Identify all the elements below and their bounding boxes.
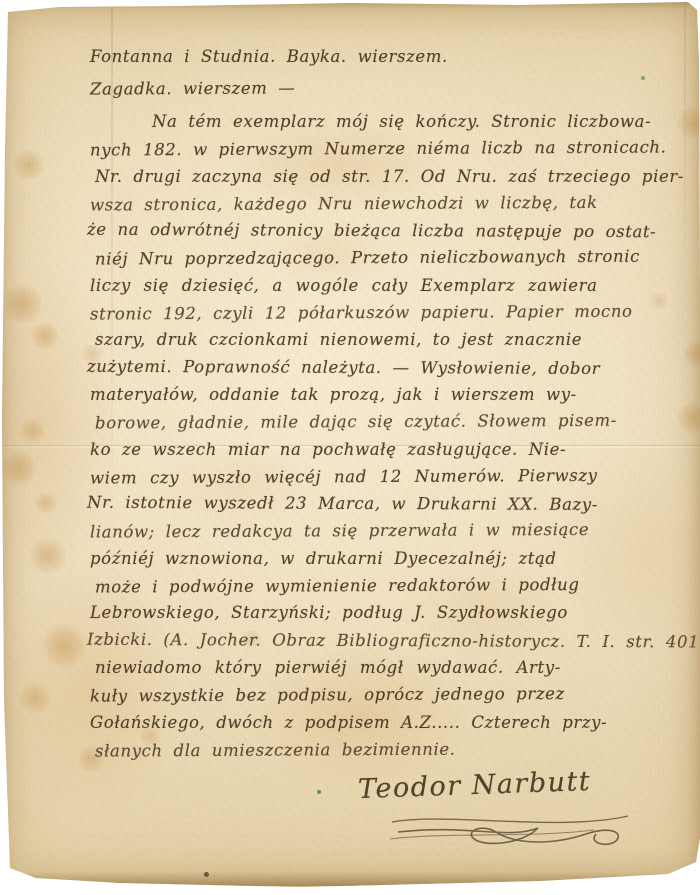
stain: [76, 746, 106, 772]
stain: [0, 284, 44, 324]
stain: [0, 260, 120, 580]
stain: [250, 640, 470, 790]
handwritten-line: niewiadomo który pierwiéj mógł wydawać. …: [95, 654, 665, 681]
handwritten-line: kuły wszystkie bez podpisu, oprócz jedne…: [90, 680, 665, 710]
handwritten-line: może i podwójne wymienienie redaktorów i…: [95, 571, 665, 601]
handwritten-line: Fontanna i Studnia. Bayka. wierszem.: [90, 42, 665, 73]
speck: [317, 790, 321, 794]
stain: [28, 538, 68, 574]
letter-body: Na tém exemplarz mój się kończy. Stronic…: [90, 108, 665, 763]
signature-flourish: [388, 808, 638, 852]
paper-top-edge: [0, 0, 700, 9]
handwritten-line: materyałów, oddanie tak prozą, jak i wie…: [90, 381, 665, 408]
stain: [40, 624, 88, 668]
stain: [12, 150, 46, 180]
stain: [648, 292, 670, 310]
paper-sheet: Fontanna i Studnia. Bayka. wierszem.Zaga…: [0, 0, 700, 895]
handwritten-line: słanych dla umieszczenia bezimiennie.: [95, 734, 665, 764]
handwritten-line: zużytemi. Poprawność należyta. — Wysłowi…: [87, 352, 665, 382]
stain: [682, 340, 700, 368]
letter-photo: Fontanna i Studnia. Bayka. wierszem.Zaga…: [0, 0, 700, 895]
stain: [260, 220, 400, 290]
handwritten-line: wsza stronica, każdego Nru niewchodzi w …: [90, 188, 665, 218]
stain: [400, 560, 570, 660]
signature: Teodor Narbutt: [358, 766, 592, 805]
letter-header: Fontanna i Studnia. Bayka. wierszem.Zaga…: [90, 42, 665, 103]
stain: [18, 682, 52, 714]
stain: [676, 402, 700, 434]
horizontal-fold-crease: [0, 445, 700, 448]
stain: [18, 418, 46, 444]
stain: [0, 450, 38, 486]
speck: [204, 872, 209, 877]
handwritten-line: Lebrowskiego, Starzyński; podług J. Szyd…: [90, 599, 665, 626]
stain: [138, 726, 162, 746]
stain: [0, 560, 180, 820]
stain: [160, 440, 320, 530]
stain: [560, 440, 700, 660]
handwritten-line: stronic 192, czyli 12 półarkuszów papier…: [90, 298, 665, 328]
handwritten-line: szary, druk czcionkami nienowemi, to jes…: [95, 326, 665, 353]
vertical-fold-crease: [111, 0, 113, 560]
handwritten-line: Gołańskiego, dwóch z podpisem A.Z..... C…: [90, 709, 665, 736]
handwritten-line: Zagadka. wierszem —: [90, 71, 665, 105]
right-edge-crease: [684, 0, 686, 300]
handwritten-line: borowe, gładnie, mile dając się czytać. …: [95, 407, 665, 437]
handwritten-line: niéj Nru poprzedzającego. Przeto nielicz…: [95, 243, 665, 273]
stain: [80, 344, 104, 364]
stain: [230, 120, 450, 210]
signature-name: Teodor Narbutt: [358, 766, 592, 805]
letter-text: Fontanna i Studnia. Bayka. wierszem.Zaga…: [90, 42, 665, 763]
handwritten-line: liczy się dziesięć, a wogóle cały Exempl…: [90, 272, 665, 299]
stain: [30, 322, 60, 350]
handwritten-line: nych 182. w pierwszym Numerze niéma licz…: [90, 134, 665, 164]
paper-bottom-edge: [0, 872, 700, 886]
handwritten-line: Izbicki. (A. Jocher. Obraz Bibliograficz…: [87, 625, 665, 655]
handwritten-line: ko ze wszech miar na pochwałę zasługując…: [90, 436, 665, 463]
handwritten-line: Nr. drugi zaczyna się od str. 17. Od Nru…: [95, 163, 665, 190]
stain: [676, 106, 700, 140]
handwritten-line: Nr. istotnie wyszedł 23 Marca, w Drukarn…: [87, 489, 665, 519]
handwritten-line: Na tém exemplarz mój się kończy. Stronic…: [152, 108, 665, 135]
speck: [641, 76, 645, 80]
handwritten-line: wiem czy wyszło więcéj nad 12 Numerów. P…: [90, 461, 665, 491]
handwritten-line: lianów; lecz redakcya ta się przerwała i…: [90, 516, 665, 546]
handwritten-line: że na odwrótnéj stronicy bieżąca liczba …: [87, 216, 665, 246]
handwritten-line: późniéj wznowiona, w drukarni Dyecezalné…: [90, 545, 665, 572]
stain: [240, 630, 262, 648]
stain: [34, 492, 58, 514]
